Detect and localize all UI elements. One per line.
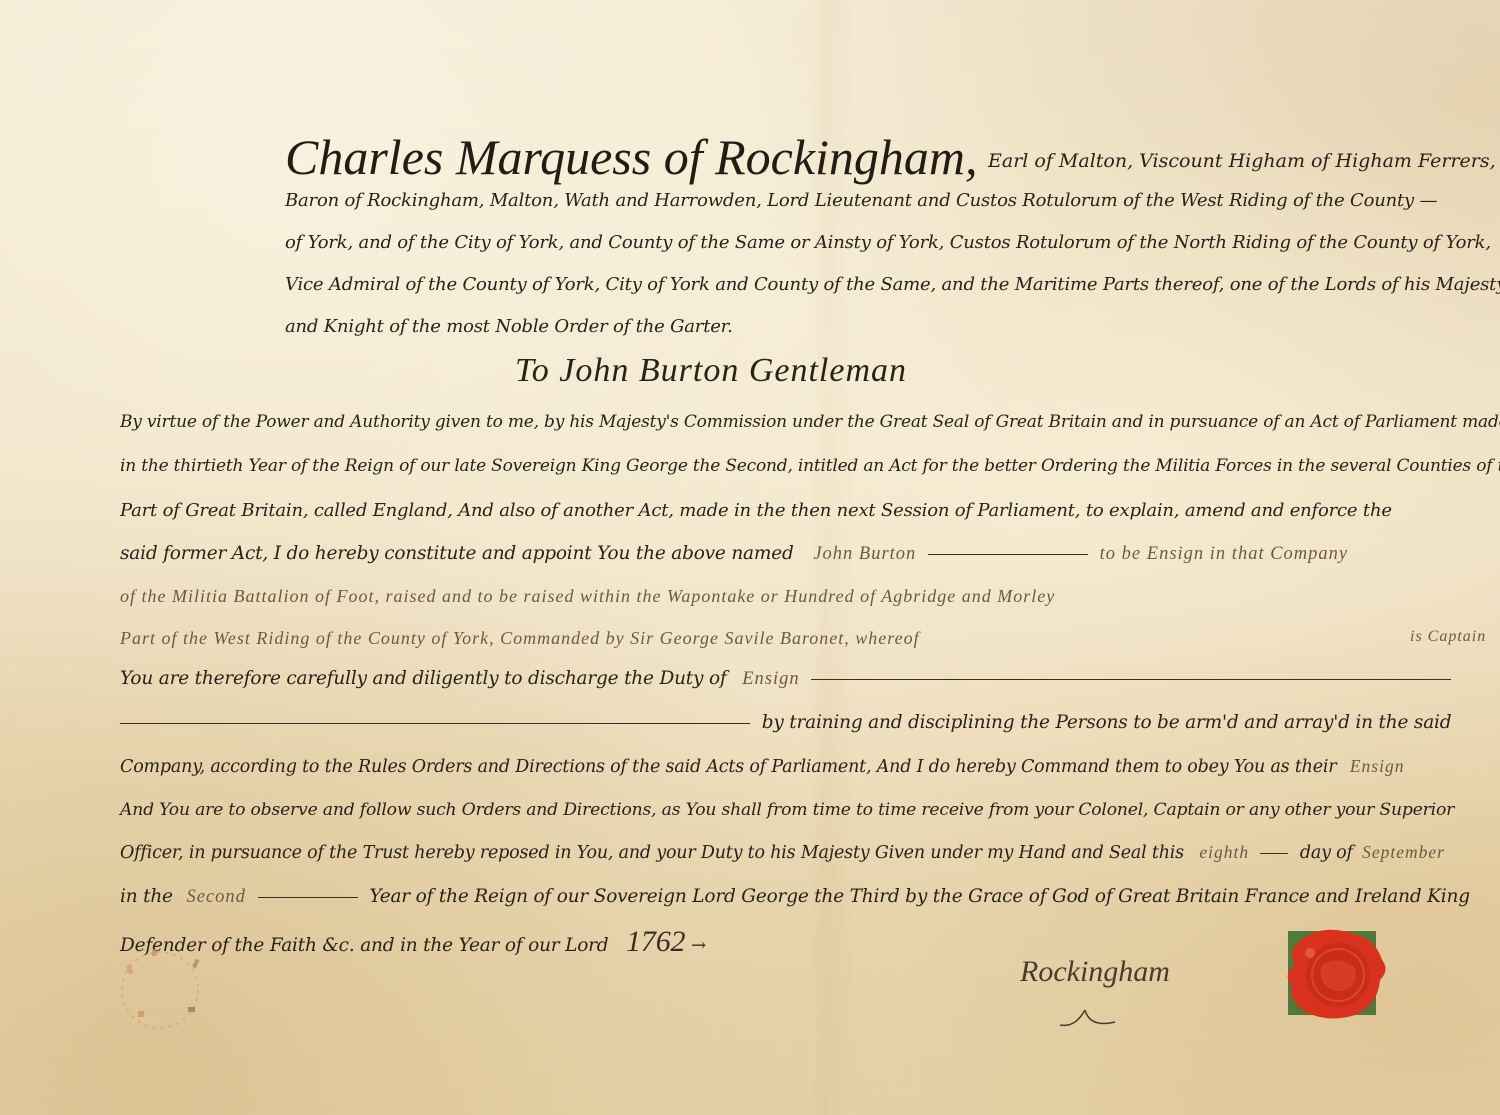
signature-flourish-icon [1055, 1000, 1125, 1030]
year-handwritten: 1762 [626, 925, 685, 958]
blank-rule [258, 897, 358, 898]
regnal-line: in the Second Year of the Reign of our S… [120, 886, 1470, 908]
month-handwritten: September [1362, 842, 1445, 862]
grantor-titles-line-5: and Knight of the most Noble Order of th… [285, 316, 733, 337]
appointment-prefix: said former Act, I do hereby constitute … [120, 543, 794, 564]
company-line: Company, according to the Rules Orders a… [120, 756, 1404, 777]
handwritten-command-line: Part of the West Riding of the County of… [120, 628, 920, 649]
training-line: by training and disciplining the Persons… [120, 712, 1451, 733]
company-text: Company, according to the Rules Orders a… [120, 757, 1336, 777]
day-handwritten: eighth [1199, 842, 1249, 862]
grantor-titles-line-4: Vice Admiral of the County of York, City… [285, 274, 1500, 295]
their-rank-handwritten: Ensign [1350, 756, 1405, 776]
addressee: To John Burton Gentleman [515, 352, 907, 390]
appointment-rank-handwritten: to be Ensign in that Company [1100, 544, 1348, 564]
commander-text: Part of the West Riding of the County of… [120, 628, 920, 648]
wax-seal-icon [1280, 925, 1390, 1025]
duty-line: You are therefore carefully and diligent… [120, 668, 1457, 690]
regnal-prefix: in the [120, 886, 173, 907]
duty-rank-handwritten: Ensign [742, 669, 799, 689]
grantor-titles-line-3: of York, and of the City of York, and Co… [285, 232, 1491, 253]
duty-prefix: You are therefore carefully and diligent… [120, 668, 727, 689]
body-line-3: Part of Great Britain, called England, A… [120, 500, 1392, 521]
regnal-year-handwritten: Second [187, 887, 246, 907]
body-line-2: in the thirtieth Year of the Reign of ou… [120, 456, 1500, 476]
dating-prefix: Officer, in pursuance of the Trust hereb… [120, 843, 1184, 863]
parchment-document: Charles Marquess of Rockingham, Earl of … [0, 0, 1500, 1115]
grantor-titles-line-1: Earl of Malton, Viscount Higham of Higha… [988, 150, 1496, 172]
body-line-1: By virtue of the Power and Authority giv… [120, 412, 1500, 432]
captain-text: is Captain [1410, 628, 1486, 646]
regnal-suffix: Year of the Reign of our Sovereign Lord … [369, 886, 1470, 907]
blank-rule [928, 554, 1088, 555]
training-text: by training and disciplining the Persons… [762, 712, 1452, 733]
blank-rule [811, 679, 1451, 680]
blank-rule [1260, 853, 1288, 854]
handwritten-battalion-line: of the Militia Battalion of Foot, raised… [120, 586, 1055, 607]
grantor-titles-line-2: Baron of Rockingham, Malton, Wath and Ha… [285, 190, 1437, 211]
ring-stain-icon [110, 945, 210, 1035]
flourish-arrow-icon: → [691, 935, 706, 956]
day-of-label: day of [1300, 843, 1353, 863]
orders-line: And You are to observe and follow such O… [120, 800, 1454, 820]
blank-rule [120, 723, 750, 724]
appointment-line: said former Act, I do hereby constitute … [120, 543, 1348, 565]
dating-line: Officer, in pursuance of the Trust hereb… [120, 842, 1445, 863]
appointee-name-handwritten: John Burton [813, 544, 916, 564]
grantor-name: Charles Marquess of Rockingham, [285, 128, 978, 186]
signature: Rockingham [1020, 955, 1170, 989]
